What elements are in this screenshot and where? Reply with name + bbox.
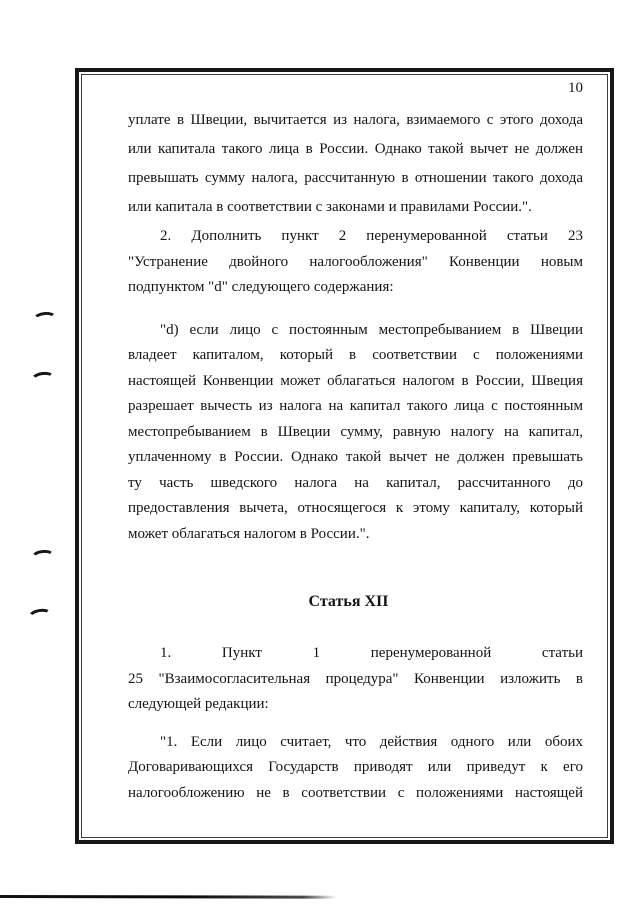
paragraph-continuation: уплате в Швеции, вычитается из налога, в…	[128, 106, 583, 222]
text-line: "Устранение двойного налогообложения" Ко…	[128, 250, 583, 276]
text-line: уплате в Швеции, вычитается из налога, в…	[128, 106, 583, 135]
text-line: владеет капиталом, который в соответстви…	[128, 343, 583, 369]
paragraph-item-1: 1. Пункт 1 перенумерованной статьи25 "Вз…	[128, 641, 583, 718]
text-line: может облагаться налогом в России.".	[128, 522, 583, 548]
page-content: 10 уплате в Швеции, вычитается из налога…	[79, 72, 610, 840]
text-line: превышать сумму налога, рассчитанную в о…	[128, 164, 583, 193]
text-line: предоставления вычета, относящегося к эт…	[128, 496, 583, 522]
margin-arc-mark-4	[27, 607, 53, 625]
text-line: 25 "Взаимосогласительная процедура" Конв…	[128, 667, 583, 693]
text-line: уплаченному в России. Однако такой вычет…	[128, 445, 583, 471]
article-heading: Статья XII	[128, 589, 583, 615]
margin-arc-mark-2	[30, 371, 56, 388]
text-line: подпунктом "d" следующего содержания:	[128, 275, 583, 301]
text-line: разрешает вычесть из налога на капитал т…	[128, 394, 583, 420]
page-number: 10	[128, 78, 583, 98]
margin-arc-mark-3	[30, 549, 55, 565]
text-line: или капитала такого лица в России. Однак…	[128, 135, 583, 164]
text-line: 1. Пункт 1 перенумерованной статьи	[128, 641, 583, 667]
paragraph-item-2: 2. Дополнить пункт 2 перенумерованной ст…	[128, 224, 583, 301]
text-line: настоящей Конвенции может облагаться нал…	[128, 369, 583, 395]
text-line: "1. Если лицо считает, что действия одно…	[128, 730, 583, 756]
paragraph-quote-1: "1. Если лицо считает, что действия одно…	[128, 730, 583, 807]
text-line: Договаривающихся Государств приводят или…	[128, 755, 583, 781]
text-line: налогообложению не в соответствии с поло…	[128, 781, 583, 807]
text-line: ту часть шведского налога на капитал, ра…	[128, 471, 583, 497]
text-line: местопребыванием в Швеции сумму, равную …	[128, 420, 583, 446]
text-line: "d) если лицо с постоянным местопребыван…	[128, 318, 583, 344]
text-line: следующей редакции:	[128, 692, 583, 718]
paragraph-subpoint-d: "d) если лицо с постоянным местопребыван…	[128, 318, 583, 548]
text-line: 2. Дополнить пункт 2 перенумерованной ст…	[128, 224, 583, 250]
scan-edge-line	[0, 895, 337, 899]
page-border-frame: 10 уплате в Швеции, вычитается из налога…	[75, 68, 614, 844]
text-line: или капитала в соответствии с законами и…	[128, 193, 583, 222]
margin-arc-mark-1	[32, 311, 57, 327]
